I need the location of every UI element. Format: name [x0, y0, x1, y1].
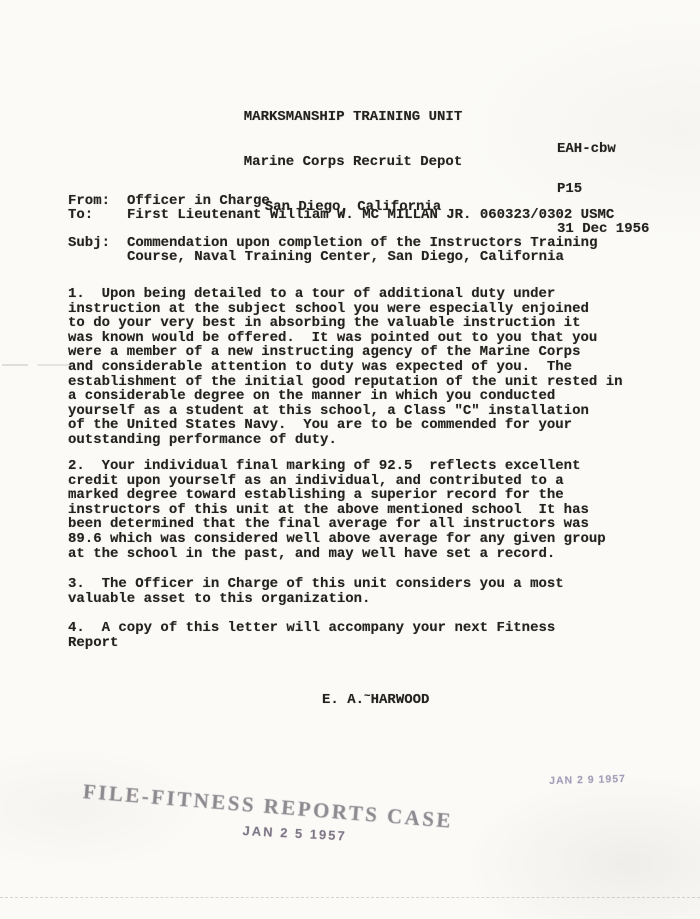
ink-mark: ~ — [364, 691, 371, 703]
signature-surname: HARWOOD — [371, 692, 430, 708]
subject-value: Commendation upon completion of the Inst… — [127, 236, 597, 264]
letterhead-unit: MARKSMANSHIP TRAINING UNIT — [238, 110, 468, 125]
letterhead-depot: Marine Corps Recruit Depot — [238, 155, 468, 170]
to-label: To: — [68, 208, 127, 222]
received-date-stamp: JAN 2 9 1957 — [549, 773, 626, 787]
from-value: Officer in Charge — [127, 194, 614, 208]
subject-block: Subj: Commendation upon completion of th… — [68, 236, 597, 264]
signature-line: E. A.~HARWOOD — [322, 693, 429, 709]
originator-code: EAH-cbw — [557, 143, 649, 156]
paragraph-4: 4. A copy of this letter will accompany … — [68, 621, 555, 650]
to-value: First Lieutenant William W. MC MILLAN JR… — [127, 208, 614, 222]
fold-crease — [0, 897, 700, 898]
paragraph-3: 3. The Officer in Charge of this unit co… — [68, 577, 564, 606]
letter-date: 31 Dec 1956 — [557, 223, 649, 236]
signature-initials: E. A. — [322, 692, 364, 708]
pencil-edge-mark — [2, 364, 70, 366]
address-block: From: Officer in Charge To: First Lieute… — [68, 194, 614, 222]
letter-page: MARKSMANSHIP TRAINING UNIT Marine Corps … — [0, 0, 700, 919]
from-label: From: — [68, 194, 127, 208]
paragraph-1: 1. Upon being detailed to a tour of addi… — [68, 287, 623, 448]
paragraph-2: 2. Your individual final marking of 92.5… — [68, 459, 606, 561]
subject-label: Subj: — [68, 236, 127, 264]
file-stamp-date: JAN 2 5 1957 — [242, 823, 347, 843]
